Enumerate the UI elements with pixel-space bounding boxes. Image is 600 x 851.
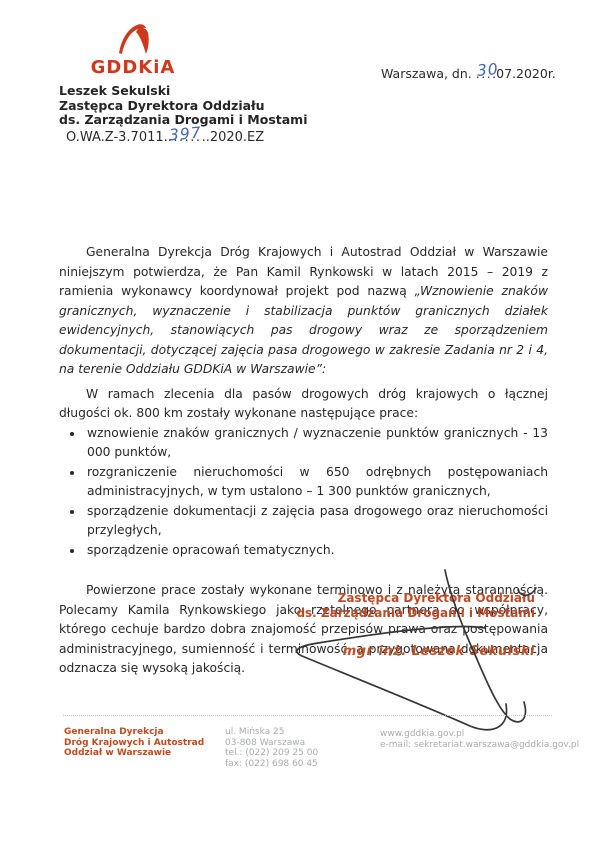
footer-address-line: fax: (022) 698 60 45	[225, 759, 318, 770]
handwritten-ref-number: 397	[168, 124, 202, 145]
footer-address: ul. Mińska 25 03-808 Warszawa tel.: (022…	[225, 727, 318, 769]
gddkia-logo-icon	[112, 22, 154, 56]
list-item: sporządzenie opracowań tematycznych.	[84, 541, 548, 561]
list-item: rozgraniczenie nieruchomości w 650 odręb…	[84, 463, 548, 502]
paragraph-intro: Generalna Dyrekcja Dróg Krajowych i Auto…	[59, 243, 548, 380]
footer-divider	[63, 715, 552, 716]
gddkia-logo: GDDKiA	[78, 22, 188, 78]
date-suffix: .07.2020r.	[492, 66, 556, 81]
footer-email: e-mail: sekretariat.warszawa@gddkia.gov.…	[380, 740, 579, 751]
handwritten-day-area: ...30	[476, 66, 492, 81]
sender-title-1: Zastępca Dyrektora Oddziału	[59, 99, 308, 114]
reference-suffix: ..2020.EZ	[202, 130, 265, 145]
footer-org-line: Oddział w Warszawie	[64, 748, 204, 759]
date-line: Warszawa, dn. ...30.07.2020r.	[381, 66, 556, 81]
footer-org-line: Dróg Krajowych i Autostrad	[64, 738, 204, 749]
reference-prefix: O.WA.Z-3.7011.	[66, 130, 168, 145]
footer-org-line: Generalna Dyrekcja	[64, 727, 204, 738]
reference-number: O.WA.Z-3.7011.......397..2020.EZ	[66, 130, 264, 145]
stamp-title-1: Zastępca Dyrektora Oddziału	[280, 591, 535, 606]
signer-stamp: Zastępca Dyrektora Oddziału ds. Zarządza…	[280, 591, 535, 659]
handwritten-day: 30	[476, 60, 499, 80]
work-items-list: wznowienie znaków granicznych / wyznacze…	[59, 424, 548, 561]
sender-name: Leszek Sekulski	[59, 84, 308, 99]
footer-organization: Generalna Dyrekcja Dróg Krajowych i Auto…	[64, 727, 204, 759]
stamp-signer-name: mgr inż. Leszek Sekulski	[280, 644, 535, 659]
paragraph-scope: W ramach zlecenia dla pasów drogowych dr…	[59, 385, 548, 424]
footer-address-line: ul. Mińska 25	[225, 727, 318, 738]
footer-address-line: tel.: (022) 209 25 00	[225, 748, 318, 759]
sender-block: Leszek Sekulski Zastępca Dyrektora Oddzi…	[59, 84, 308, 128]
handwritten-ref-area: ......397	[168, 130, 202, 145]
footer-address-line: 03-808 Warszawa	[225, 738, 318, 749]
footer-website: www.gddkia.gov.pl	[380, 729, 579, 740]
scanned-letter-page: GDDKiA Warszawa, dn. ...30.07.2020r. Les…	[0, 0, 600, 851]
list-item: wznowienie znaków granicznych / wyznacze…	[84, 424, 548, 463]
date-prefix: Warszawa, dn.	[381, 66, 476, 81]
gddkia-logo-wordmark: GDDKiA	[78, 57, 188, 78]
list-item: sporządzenie dokumentacji z zajęcia pasa…	[84, 502, 548, 541]
footer-web-contact: www.gddkia.gov.pl e-mail: sekretariat.wa…	[380, 729, 579, 750]
stamp-title-2: ds. Zarządzania Drogami i Mostami	[280, 606, 535, 621]
